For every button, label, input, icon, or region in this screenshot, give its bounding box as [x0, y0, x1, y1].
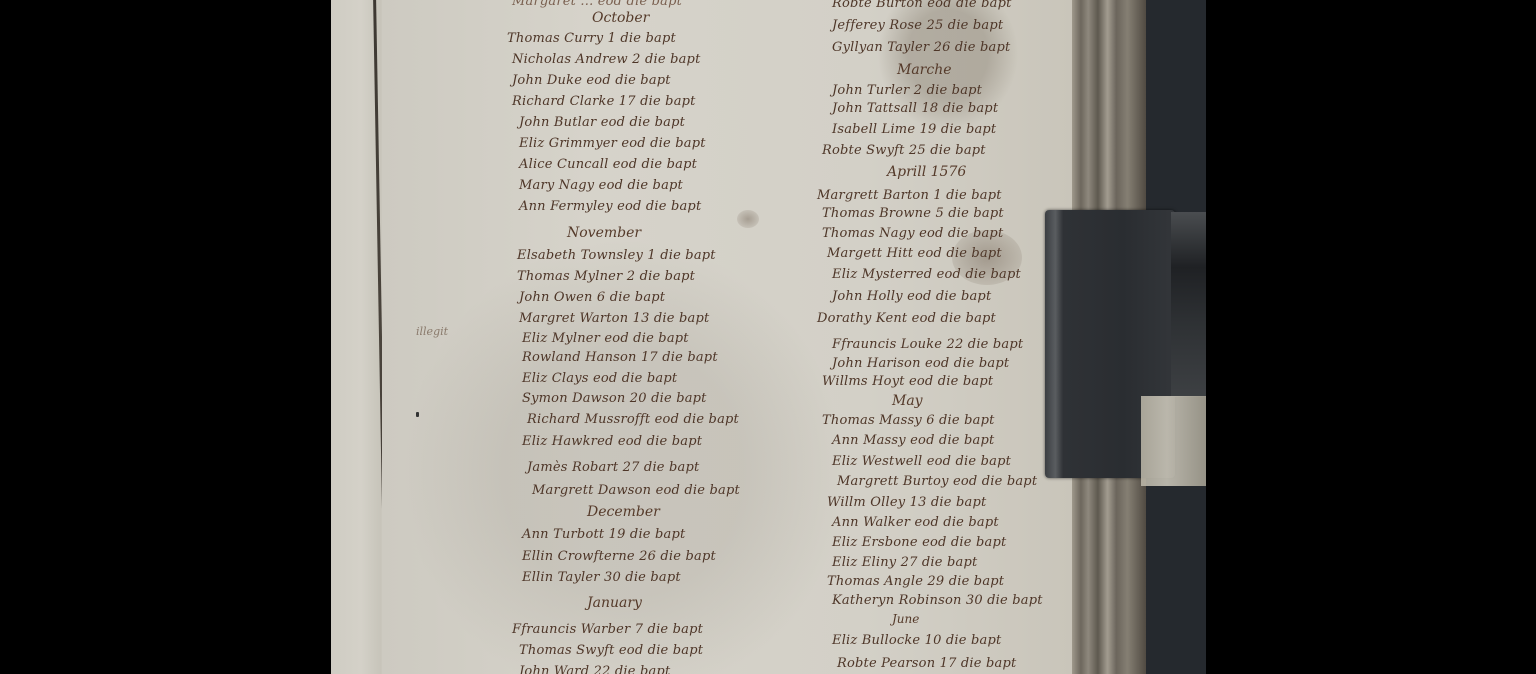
entry: Alice Cuncall eod die bapt — [519, 157, 697, 172]
month-heading: January — [587, 595, 642, 611]
entry: John Ward 22 die bapt — [519, 664, 670, 674]
year-heading: Aprill 1576 — [887, 164, 966, 180]
entry: John Duke eod die bapt — [512, 73, 671, 88]
entry: Nicholas Andrew 2 die bapt — [512, 52, 701, 67]
entry: Rowland Hanson 17 die bapt — [522, 350, 718, 365]
entry: John Tattsall 18 die bapt — [832, 101, 998, 116]
entry: Willm Olley 13 die bapt — [827, 495, 986, 510]
ink-blot — [737, 210, 759, 228]
entry: Thomas Swyft eod die bapt — [519, 643, 703, 658]
entry: John Owen 6 die bapt — [519, 290, 665, 305]
entry: Thomas Nagy eod die bapt — [822, 226, 1003, 241]
entry: Ffrauncis Warber 7 die bapt — [512, 622, 703, 637]
entry: Dorathy Kent eod die bapt — [817, 311, 996, 326]
entry: Ann Massy eod die bapt — [832, 433, 994, 448]
entry: Eliz Eliny 27 die bapt — [832, 555, 977, 570]
entry: Margrett Dawson eod die bapt — [532, 483, 740, 498]
entry: Eliz Bullocke 10 die bapt — [832, 633, 1001, 648]
repair-tape — [1141, 396, 1206, 486]
month-heading: December — [587, 504, 660, 520]
entry: Ellin Crowfterne 26 die bapt — [522, 549, 716, 564]
entry: John Holly eod die bapt — [832, 289, 991, 304]
entry: Margrett Burtoy eod die bapt — [837, 474, 1037, 489]
entry: Margrett Barton 1 die bapt — [817, 188, 1002, 203]
entry-partial: Margaret ... eod die bapt — [512, 0, 682, 9]
entry: Margett Hitt eod die bapt — [827, 246, 1002, 261]
entry: Eliz Ersbone eod die bapt — [832, 535, 1006, 550]
clip-edge — [1171, 212, 1206, 397]
entry: Ann Turbott 19 die bapt — [522, 527, 685, 542]
marginal-note: illegit — [416, 325, 448, 338]
month-heading: October — [592, 10, 649, 26]
entry: Margret Warton 13 die bapt — [519, 311, 709, 326]
entry: Isabell Lime 19 die bapt — [832, 122, 996, 137]
entry: Eliz Grimmyer eod die bapt — [519, 136, 706, 151]
entry: Jamès Robart 27 die bapt — [527, 460, 699, 475]
month-heading: June — [892, 612, 919, 626]
entry: Symon Dawson 20 die bapt — [522, 391, 707, 406]
entry: Robte Pearson 17 die bapt — [837, 656, 1016, 671]
entry: Richard Clarke 17 die bapt — [512, 94, 696, 109]
entry: Eliz Hawkred eod die bapt — [522, 434, 702, 449]
entry: Mary Nagy eod die bapt — [519, 178, 683, 193]
month-heading: Marche — [897, 62, 952, 78]
entry: Ellin Tayler 30 die bapt — [522, 570, 681, 585]
month-heading: May — [892, 393, 923, 409]
manuscript-scan: Margaret ... eod die bapt October Thomas… — [331, 0, 1206, 674]
entry: Eliz Clays eod die bapt — [522, 371, 677, 386]
entry: Jefferey Rose 25 die bapt — [832, 18, 1003, 33]
entry: Thomas Curry 1 die bapt — [507, 31, 676, 46]
entry: Thomas Massy 6 die bapt — [822, 413, 995, 428]
entry: Thomas Browne 5 die bapt — [822, 206, 1004, 221]
register-page: Margaret ... eod die bapt October Thomas… — [382, 0, 1072, 674]
entry: Katheryn Robinson 30 die bapt — [832, 593, 1043, 608]
entry: Gyllyan Tayler 26 die bapt — [832, 40, 1010, 55]
entry: Richard Mussrofft eod die bapt — [527, 412, 739, 427]
entry: Robte Burton eod die bapt — [832, 0, 1012, 11]
month-heading: November — [567, 225, 641, 241]
entry: Ann Walker eod die bapt — [832, 515, 999, 530]
entry: Ffrauncis Louke 22 die bapt — [832, 337, 1023, 352]
entry: John Turler 2 die bapt — [832, 83, 982, 98]
entry: Eliz Westwell eod die bapt — [832, 454, 1011, 469]
ink-dot — [416, 412, 419, 417]
entry: Elsabeth Townsley 1 die bapt — [517, 248, 716, 263]
entry: John Harison eod die bapt — [832, 356, 1009, 371]
entry: Thomas Mylner 2 die bapt — [517, 269, 695, 284]
facing-page-edge — [331, 0, 381, 674]
entry: John Butlar eod die bapt — [519, 115, 685, 130]
entry: Thomas Angle 29 die bapt — [827, 574, 1004, 589]
entry: Ann Fermyley eod die bapt — [519, 199, 701, 214]
entry: Robte Swyft 25 die bapt — [822, 143, 986, 158]
entry: Willms Hoyt eod die bapt — [822, 374, 993, 389]
entry: Eliz Mylner eod die bapt — [522, 331, 689, 346]
entry: Eliz Mysterred eod die bapt — [832, 267, 1021, 282]
